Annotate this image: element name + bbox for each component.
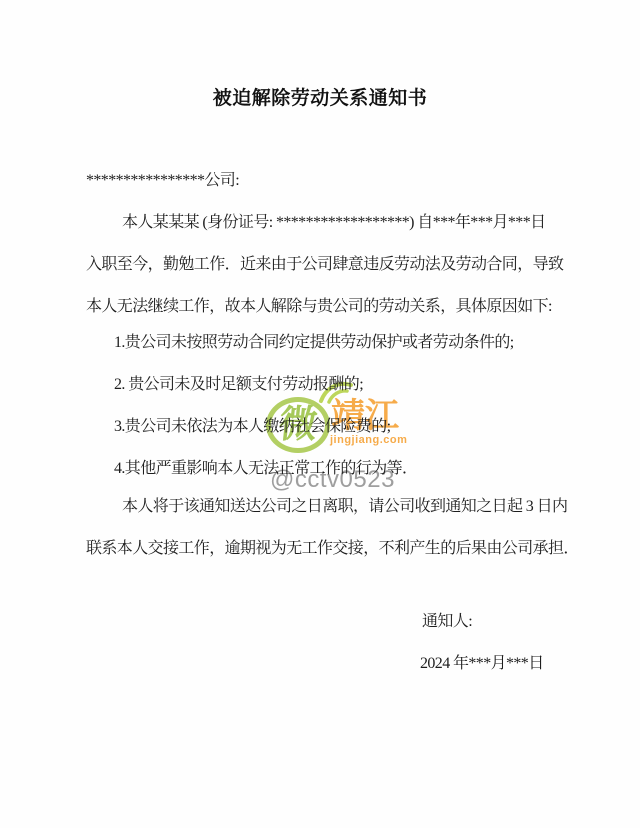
reason-item-1: 1.贵公司未按照劳动合同约定提供劳动保护或者劳动条件的;: [86, 322, 554, 364]
closing-paragraph-line-2: 联系本人交接工作，逾期视为无工作交接，不利产生的后果由公司承担．: [86, 528, 554, 570]
reason-item-2: 2. 贵公司未及时足额支付劳动报酬的;: [86, 364, 554, 406]
reason-item-4: 4.其他严重影响本人无法正常工作的行为等．: [86, 448, 554, 490]
body-paragraph-line-2: 入职至今，勤勉工作．近来由于公司肆意违反劳动法及劳动合同，导致: [86, 244, 554, 286]
reason-list: 1.贵公司未按照劳动合同约定提供劳动保护或者劳动条件的; 2. 贵公司未及时足额…: [86, 322, 554, 490]
reason-item-3: 3.贵公司未依法为本人缴纳社会保险费的;: [86, 406, 554, 448]
document-content: 被迫解除劳动关系通知书 ****************公司: 本人某某某 (身…: [86, 0, 554, 685]
notifier-label: 通知人:: [86, 601, 554, 643]
closing-paragraph-line-1: 本人将于该通知送达公司之日离职，请公司收到通知之日起 3 日内: [86, 486, 554, 528]
document-title: 被迫解除劳动关系通知书: [86, 86, 554, 112]
document-page: 微 靖江 jingjiang.com @cctv0523 被迫解除劳动关系通知书…: [0, 0, 640, 828]
salutation-line: ****************公司:: [86, 160, 554, 202]
signature-date: 2024 年***月***日: [86, 643, 554, 685]
body-paragraph-line-1: 本人某某某 (身份证号: ******************) 自***年**…: [86, 202, 554, 244]
